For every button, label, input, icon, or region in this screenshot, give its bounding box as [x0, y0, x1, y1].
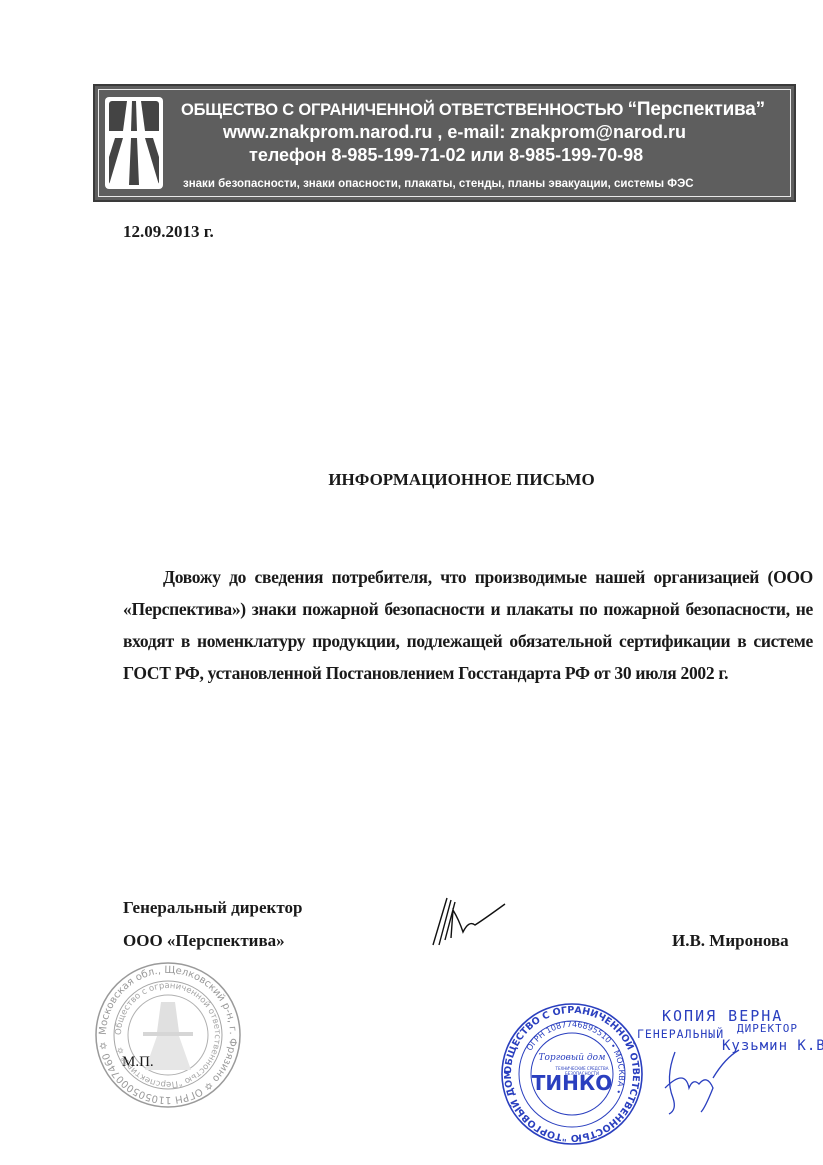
letterhead-banner: ОБЩЕСТВО С ОГРАНИЧЕННОЙ ОТВЕТСТВЕННОСТЬЮ… [93, 84, 796, 202]
letterhead-company: ОБЩЕСТВО С ОГРАНИЧЕННОЙ ОТВЕТСТВЕННОСТЬЮ… [181, 99, 765, 121]
signer-name: И.В. Миронова [672, 931, 789, 951]
letterhead-services: знаки безопасности, знаки опасности, пла… [183, 178, 694, 190]
company-prefix: ОБЩЕСТВО С ОГРАНИЧЕННОЙ ОТВЕТСТВЕННОСТЬЮ [181, 101, 623, 119]
copy-certifier-title-right: ДИРЕКТОР [737, 1022, 798, 1035]
copy-certifier-signature [655, 1048, 745, 1123]
body-paragraph: Довожу до сведения потребителя, что прои… [123, 567, 813, 683]
company-seal-grey: Московская обл., Щелковский р-н, г. Фряз… [93, 960, 243, 1115]
document-date: 12.09.2013 г. [123, 222, 214, 242]
highway-sign-icon [105, 97, 163, 189]
handwritten-signature [425, 890, 515, 955]
company-name: “Перспектива” [628, 99, 765, 120]
copy-certifier-title-left: ГЕНЕРАЛЬНЫЙ [637, 1027, 724, 1041]
letterhead-phones: телефон 8-985-199-71-02 или 8-985-199-70… [249, 145, 643, 166]
company-seal-blue: ОБЩЕСТВО С ОГРАНИЧЕННОЙ ОТВЕТСТВЕННОСТЬЮ… [500, 1002, 645, 1152]
svg-text:Торговый дом: Торговый дом [539, 1053, 606, 1063]
document-body: Довожу до сведения потребителя, что прои… [123, 561, 813, 689]
svg-text:БЕЗОПАСНОСТИ: БЕЗОПАСНОСТИ [565, 1071, 599, 1076]
letterhead-web-email: www.znakprom.narod.ru , e-mail: znakprom… [223, 122, 686, 143]
stamp-place-label: М.П. [122, 1054, 154, 1071]
signer-organization: ООО «Перспектива» [123, 931, 285, 951]
signer-role: Генеральный директор [123, 898, 302, 918]
document-title: ИНФОРМАЦИОННОЕ ПИСЬМО [0, 470, 823, 490]
